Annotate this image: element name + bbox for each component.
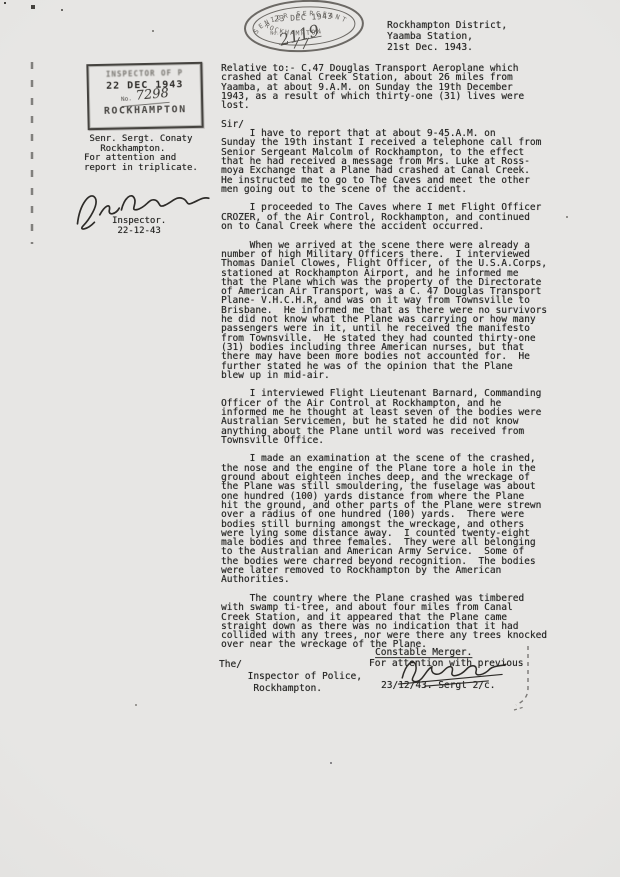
rect-stamp-no-label: No.	[121, 95, 132, 103]
oval-stamp-date: 23 DEC 1943	[274, 11, 333, 23]
addressee-block: The/ Inspector of Police, Rockhampton.	[219, 659, 362, 695]
scan-edge-dashes-icon	[28, 60, 38, 248]
senior-sergeant-stamp-icon: SENIOR SERGEANT 23 DEC 1943 No. 2119 ROC…	[240, 0, 369, 57]
report-body: Relative to:- C.47 Douglas Transport Aer…	[221, 64, 547, 650]
inspector-received-stamp-icon: INSPECTOR OF P 22 DEC 1943 No. 7298 ROCK…	[86, 62, 203, 130]
scan-noise-specks	[4, 2, 6, 4]
sergeant-signature-icon	[395, 650, 518, 690]
inspector-title-date: Inspector. 22-12-43	[112, 216, 166, 236]
margin-bracket-icon	[512, 644, 540, 714]
rect-stamp-office-line: INSPECTOR OF P	[106, 68, 183, 79]
rect-stamp-number: 7298	[135, 86, 169, 104]
letterhead: Rockhampton District, Yaamba Station, 21…	[387, 20, 507, 54]
scanned-police-report-page: SENIOR SERGEANT 23 DEC 1943 No. 2119 ROC…	[0, 0, 620, 877]
margin-referral-note: Senr. Sergt. Conaty Rockhampton. For att…	[84, 135, 198, 173]
rect-stamp-place: ROCKHAMPTON	[104, 104, 187, 117]
